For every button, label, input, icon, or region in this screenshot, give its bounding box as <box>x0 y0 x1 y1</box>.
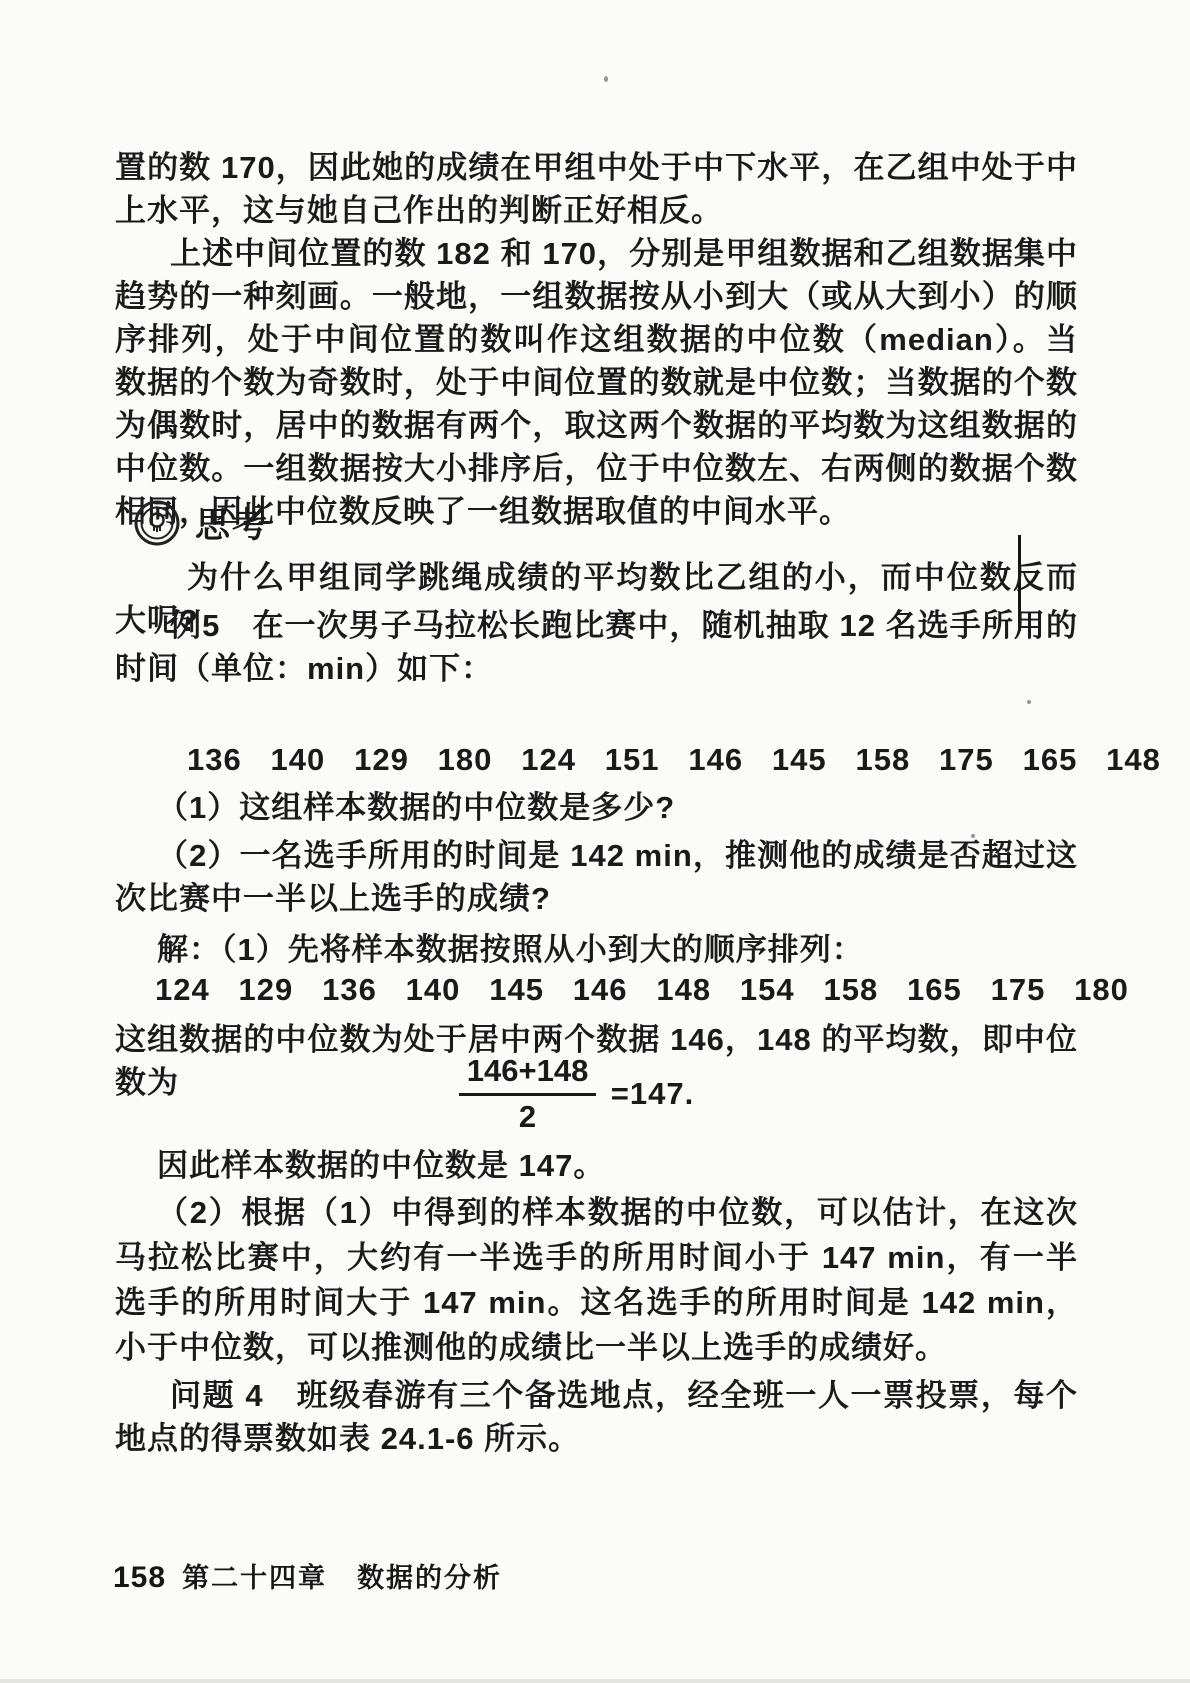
paragraph-median-definition: 上述中间位置的数 182 和 170，分别是甲组数据和乙组数据集中趋势的一种刻画… <box>115 232 1078 533</box>
fraction-denominator: 2 <box>459 1096 597 1135</box>
think-title: 思考 <box>195 498 269 548</box>
conclusion-part1: 因此样本数据的中位数是 147。 <box>115 1144 1078 1187</box>
example5-intro: 例5 在一次男子马拉松长跑比赛中，随机抽取 12 名选手所用的时间（单位：min… <box>115 604 1078 690</box>
solution-intro: 解：（1）先将样本数据按照从小到大的顺序排列： <box>115 928 1078 971</box>
solution-intro-text: （1）先将样本数据按照从小到大的顺序排列： <box>221 932 864 967</box>
problem4: 问题 4 班级春游有三个备选地点，经全班一人一票投票，每个地点的得票数如表 24… <box>115 1374 1078 1460</box>
textbook-page: 置的数 170，因此她的成绩在甲组中处于中下水平，在乙组中处于中上水平，这与她自… <box>0 0 1190 1683</box>
page-number: 158 <box>113 1561 166 1595</box>
fraction-result: =147. <box>611 1076 694 1112</box>
scan-speck <box>971 834 975 838</box>
page-footer: 158 第二十四章 数据的分析 <box>113 1556 502 1595</box>
fraction-numerator: 146+148 <box>459 1053 597 1096</box>
solution-label: 解： <box>157 932 221 967</box>
raw-data-row: 136 140 129 180 124 151 146 145 158 175 … <box>187 742 1161 778</box>
chapter-title: 第二十四章 <box>182 1556 327 1595</box>
example5-question2: （2）一名选手所用的时间是 142 min，推测他的成绩是否超过这次比赛中一半以… <box>115 834 1078 920</box>
example5-question1: （1）这组样本数据的中位数是多少? <box>115 786 1078 829</box>
section-title: 数据的分析 <box>357 1556 502 1595</box>
problem4-label: 问题 4 <box>170 1378 264 1413</box>
scan-speck <box>604 76 608 82</box>
page-bottom-edge <box>0 1679 1190 1683</box>
answer-part2: （2）根据（1）中得到的样本数据的中位数，可以估计，在这次马拉松比赛中，大约有一… <box>115 1190 1078 1370</box>
example5-intro-text: 在一次男子马拉松长跑比赛中，随机抽取 12 名选手所用的时间（单位：min）如下… <box>115 608 1078 686</box>
fraction: 146+148 2 <box>459 1053 597 1135</box>
median-formula: 146+148 2 =147. <box>115 1053 1078 1135</box>
think-bulb-icon <box>133 499 181 547</box>
paragraph-median-context: 置的数 170，因此她的成绩在甲组中处于中下水平，在乙组中处于中上水平，这与她自… <box>115 146 1078 232</box>
example5-label: 例5 <box>170 608 220 643</box>
scan-speck <box>1027 700 1031 704</box>
sorted-data-row: 124 129 136 140 145 146 148 154 158 165 … <box>155 972 1129 1008</box>
think-section-header: 思考 <box>133 498 269 548</box>
